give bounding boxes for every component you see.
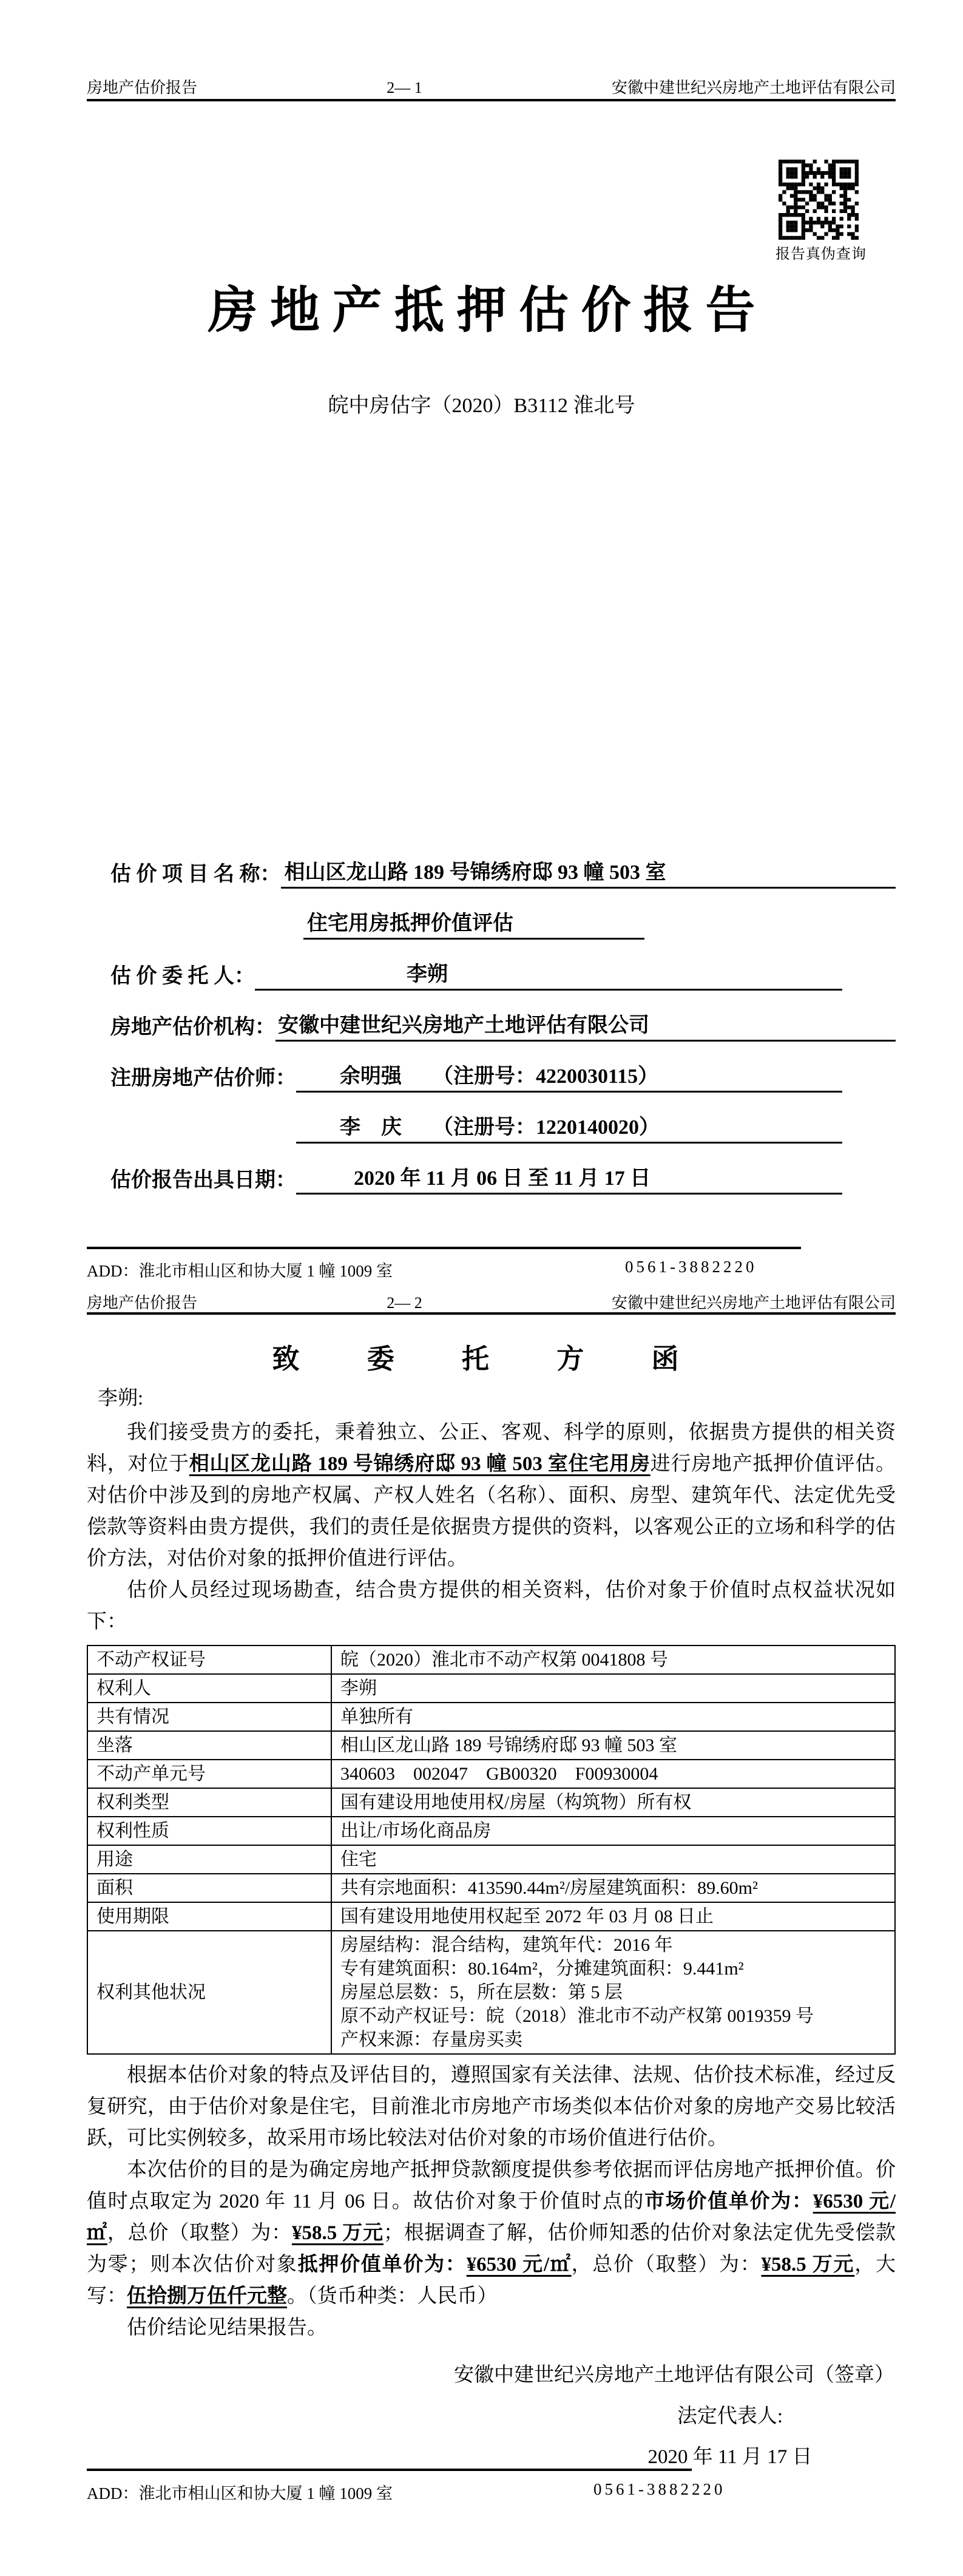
signature-block: 安徽中建世纪兴房地产土地评估有限公司（签章） 法定代表人: 2020 年 11 … [87,2359,896,2473]
letter-paragraph-2: 估价人员经过现场勘查，结合贵方提供的相关资料，估价对象于价值时点权益状况如下： [87,1574,896,1638]
signature-company: 安徽中建世纪兴房地产土地评估有限公司（签章） [87,2359,896,2391]
row-label-cell: 不动产单元号 [87,1760,331,1788]
field-agency: 房地产估价机构： 安徽中建世纪兴房地产土地评估有限公司 [110,991,896,1042]
table-row: 不动产权证号 皖（2020）淮北市不动产权第 0041808 号 [87,1646,895,1674]
row-value-cell: 出让/市场化商品房 [331,1817,895,1845]
page1-running-header: 房地产估价报告 2— 1 安徽中建世纪兴房地产土地评估有限公司 [87,75,896,98]
field-client: 估 价 委 托 人： 李朔 [110,940,896,991]
header-company-name: 安徽中建世纪兴房地产土地评估有限公司 [612,1290,896,1313]
p4-market-total-price: ¥58.5 万元 [292,2222,384,2244]
row-label-cell: 权利人 [87,1674,331,1703]
footer-phone: 0561-3882220 [625,1258,757,1276]
page1-header-rule [87,99,896,101]
row-value-cell: 李朔 [331,1674,895,1703]
field-label: 估 价 委 托 人： [110,959,255,991]
page1-footer: ADD：淮北市相山区和协大厦 1 幢 1009 室 0561-3882220 [87,1258,896,1281]
field-value: 住宅用房抵押价值评估 [303,906,644,940]
page2-footer-rule [87,2469,692,2471]
footer-address: ADD：淮北市相山区和协大厦 1 幢 1009 室 [87,1262,393,1280]
row-value-cell: 相山区龙山路 189 号锦绣府邸 93 幢 503 室 [331,1731,895,1760]
page2-running-header: 房地产估价报告 2— 2 安徽中建世纪兴房地产土地评估有限公司 [87,1290,896,1313]
letter-paragraph-3: 根据本估价对象的特点及评估目的，遵照国家有关法律、法规、估价技术标准，经过反复研… [87,2059,896,2154]
field-value: 李 庆 （注册号：1220140020） [296,1110,842,1144]
p4-currency-note: 。（货币种类：人民币） [287,2285,498,2307]
table-row: 权利性质 出让/市场化商品房 [87,1817,895,1845]
table-row: 共有情况 单独所有 [87,1703,895,1731]
rights-detail-line: 房屋结构：混合结构，建筑年代：2016 年 [340,1933,886,1957]
p4-total-label-1: ，总价（取整）为： [107,2222,292,2244]
field-appraiser-1: 注册房地产估价师： 余明强 （注册号：4220030115） [110,1042,896,1093]
letter-paragraph-5: 估价结论见结果报告。 [87,2312,896,2344]
table-row: 权利类型 国有建设用地使用权/房屋（构筑物）所有权 [87,1788,895,1817]
row-value-cell: 国有建设用地使用权起至 2072 年 03 月 08 日止 [331,1902,895,1931]
signature-sub-block: 法定代表人: 2020 年 11 月 17 日 [584,2401,876,2473]
table-row: 权利其他状况 房屋结构：混合结构，建筑年代：2016 年 专有建筑面积：80.1… [87,1931,895,2054]
field-label: 估 价 项 目 名 称： [110,857,281,889]
letter-body: 李朔: 我们接受贵方的委托，秉着独立、公正、客观、科学的原则，依据贵方提供的相关… [87,1383,896,2473]
field-label: 注册房地产估价师： [110,1061,296,1093]
row-value-cell: 房屋结构：混合结构，建筑年代：2016 年 专有建筑面积：80.164m²，分摊… [331,1931,895,2054]
property-rights-table: 不动产权证号 皖（2020）淮北市不动产权第 0041808 号 权利人 李朔 … [87,1645,896,2055]
row-label-cell: 权利性质 [87,1817,331,1845]
p4-mortgage-total-price: ¥58.5 万元 [761,2254,854,2276]
header-company-name: 安徽中建世纪兴房地产土地评估有限公司 [612,75,896,98]
footer-address: ADD：淮北市相山区和协大厦 1 幢 1009 室 [87,2484,393,2503]
p4-mortgage-unit-price: ¥6530 元/㎡ [467,2254,572,2276]
report-number: 皖中房估字（2020）B3112 淮北号 [0,388,963,418]
field-value: 相山区龙山路 189 号锦绣府邸 93 幢 503 室 [281,855,896,889]
letter-paragraph-4: 本次估价的目的是为确定房地产抵押贷款额度提供参考依据而评估房地产抵押价值。价值时… [87,2154,896,2312]
p4-market-price-label: 市场价值单价为： [644,2191,813,2212]
letter-paragraph-1: 我们接受贵方的委托，秉着独立、公正、客观、科学的原则，依据贵方提供的相关资料，对… [87,1417,896,1574]
qr-caption: 报告真伪查询 [775,242,862,263]
header-page-number: 2— 1 [387,79,422,97]
letter-addressee: 李朔: [98,1383,896,1414]
qr-code [779,160,859,240]
row-label-cell: 权利类型 [87,1788,331,1817]
table-row: 不动产单元号 340603 002047 GB00320 F00930004 [87,1760,895,1788]
footer-phone: 0561-3882220 [593,2480,726,2499]
field-label [110,1112,296,1144]
row-label-cell: 使用期限 [87,1902,331,1931]
letter-title: 致 委 托 方 函 [0,1337,963,1376]
field-value: 2020 年 11 月 06 日 至 11 月 17 日 [296,1161,842,1195]
row-label-cell: 坐落 [87,1731,331,1760]
page1-footer-rule [87,1247,801,1249]
p4-total-label-2: ，总价（取整）为： [572,2254,762,2276]
field-value: 李朔 [255,957,842,991]
row-label-cell: 共有情况 [87,1703,331,1731]
rights-detail-line: 产权来源：存量房买卖 [340,2028,886,2052]
p4-mortgage-price-label: 抵押价值单价为： [298,2254,467,2276]
row-value-cell: 国有建设用地使用权/房屋（构筑物）所有权 [331,1788,895,1817]
field-value: 余明强 （注册号：4220030115） [296,1059,842,1093]
signature-legal-rep: 法定代表人: [584,2401,876,2432]
field-project-name-line2: 住宅用房抵押价值评估 [110,889,896,940]
qr-verification-block: 报告真伪查询 [775,160,862,263]
table-row: 坐落 相山区龙山路 189 号锦绣府邸 93 幢 503 室 [87,1731,895,1760]
row-label-cell: 面积 [87,1874,331,1902]
row-label-cell: 权利其他状况 [87,1931,331,2054]
field-report-date: 估价报告出具日期： 2020 年 11 月 06 日 至 11 月 17 日 [110,1144,896,1195]
row-value-cell: 单独所有 [331,1703,895,1731]
row-label-cell: 不动产权证号 [87,1646,331,1674]
header-doc-type: 房地产估价报告 [87,75,197,98]
p4-amount-in-words: 伍拾捌万伍仟元整 [127,2285,287,2307]
rights-detail-line: 房屋总层数：5，所在层数：第 5 层 [340,1981,886,2004]
table-row: 权利人 李朔 [87,1674,895,1703]
table-row: 用途 住宅 [87,1845,895,1874]
row-label-cell: 用途 [87,1845,331,1874]
report-document: 房地产估价报告 2— 1 安徽中建世纪兴房地产土地评估有限公司 报告真伪查询 房… [0,0,963,2576]
rights-detail-line: 原不动产权证号：皖（2018）淮北市不动产权第 0019359 号 [340,2004,886,2028]
field-label: 估价报告出具日期： [110,1163,296,1195]
page2-header-rule [87,1312,896,1315]
row-value-cell: 共有宗地面积：413590.44m²/房屋建筑面积：89.60m² [331,1874,895,1902]
header-page-number: 2— 2 [387,1294,422,1312]
rights-detail-line: 专有建筑面积：80.164m²，分摊建筑面积：9.441m² [340,1957,886,1981]
row-value-cell: 住宅 [331,1845,895,1874]
page-title: 房 地 产 抵 押 估 价 报 告 [0,271,963,342]
cover-info-block: 估 价 项 目 名 称： 相山区龙山路 189 号锦绣府邸 93 幢 503 室… [110,838,896,1195]
page2-footer: ADD：淮北市相山区和协大厦 1 幢 1009 室 0561-3882220 [87,2480,896,2504]
field-value: 安徽中建世纪兴房地产土地评估有限公司 [275,1008,896,1042]
row-value-cell: 340603 002047 GB00320 F00930004 [331,1760,895,1788]
field-appraiser-2: 李 庆 （注册号：1220140020） [110,1093,896,1144]
p1-property-address: 相山区龙山路 189 号锦绣府邸 93 幢 503 室住宅用房 [189,1453,650,1475]
table-row: 使用期限 国有建设用地使用权起至 2072 年 03 月 08 日止 [87,1902,895,1931]
field-project-name: 估 价 项 目 名 称： 相山区龙山路 189 号锦绣府邸 93 幢 503 室 [110,838,896,889]
header-doc-type: 房地产估价报告 [87,1290,197,1313]
table-row: 面积 共有宗地面积：413590.44m²/房屋建筑面积：89.60m² [87,1874,895,1902]
field-label: 房地产估价机构： [110,1010,275,1042]
row-value-cell: 皖（2020）淮北市不动产权第 0041808 号 [331,1646,895,1674]
